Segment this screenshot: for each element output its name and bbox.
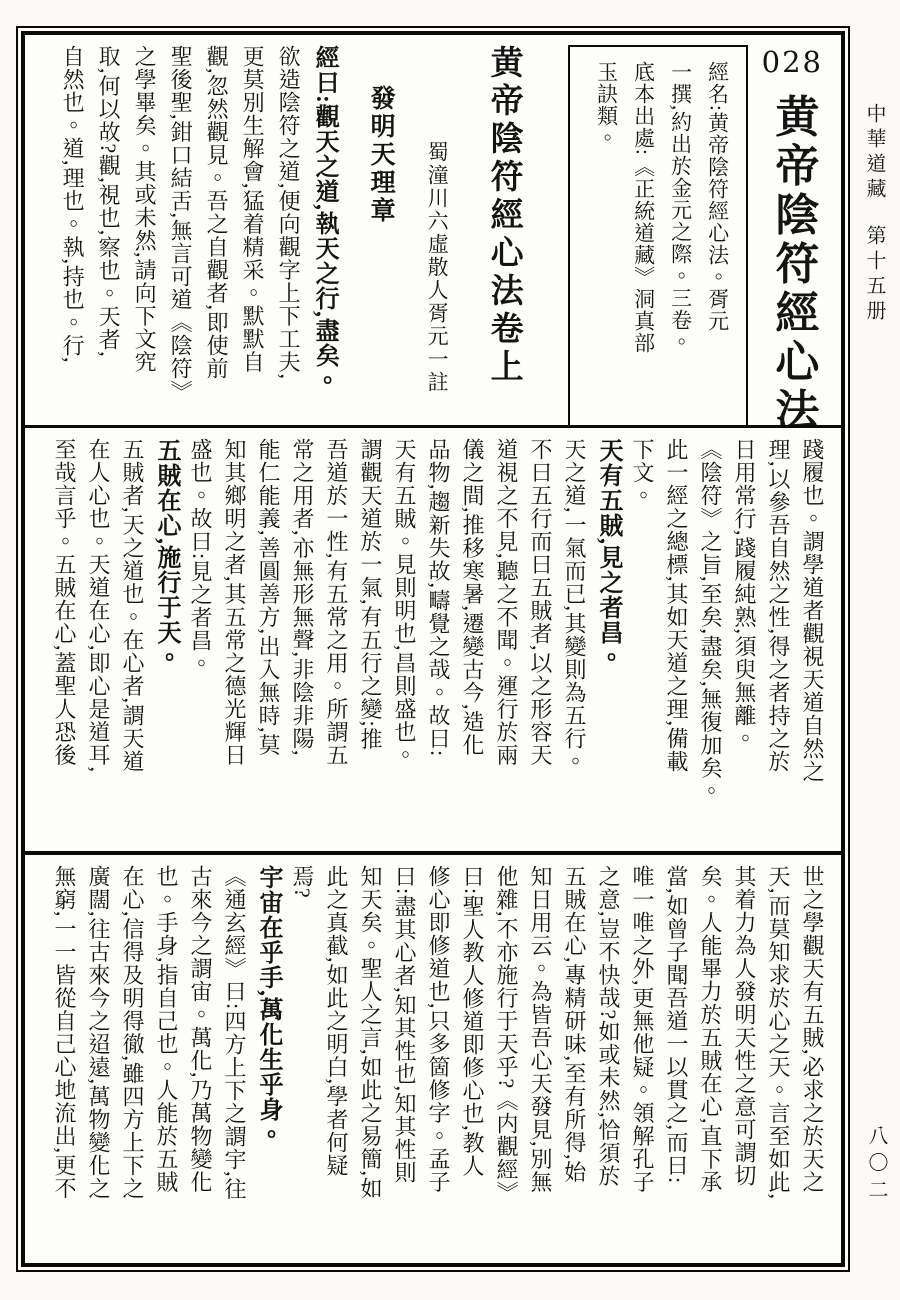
text-column: 知天矣。聖人之言,如此之易簡,如 <box>353 865 387 1253</box>
text-column: 天,而莫知求於心之天。言至如此, <box>761 865 795 1253</box>
colophon-column: 一撰,約出於金元之際。三卷。 <box>662 61 699 423</box>
text-column: 知日用云。為皆吾心天發見,別無 <box>523 865 557 1253</box>
text-column: 能仁能義,善圓善方,出入無時,莫 <box>251 438 285 841</box>
text-column: 欲造陰符之道,便向觀字上下工夫, <box>270 45 306 415</box>
scripture-column: 天有五賊,見之者昌。 <box>591 438 625 841</box>
text-column: 《陰符》之旨,至矣,盡矣,無復加矣。 <box>693 438 727 841</box>
text-column: 觀,忽然觀見。吾之自觀者,即使前 <box>198 45 234 415</box>
colophon-column: 經名:黄帝陰符經心法。胥元 <box>699 61 736 423</box>
text-column: 之學畢矣。其或未然,請向下文究 <box>126 45 162 415</box>
text-column: 此一經之總標,其如天道之理,備載 <box>659 438 693 841</box>
author-line: 蜀潼川六虛散人胥元一註 <box>422 45 452 415</box>
text-column: 更莫別生解會,猛着精采。默默自 <box>234 45 270 415</box>
text-column: 此之真截,如此之明白,學者何疑 <box>319 865 353 1253</box>
scripture-column: 宇宙在乎手,萬化生乎身。 <box>251 865 285 1253</box>
text-column: 常之用者,亦無形無聲,非陰非陽, <box>285 438 319 841</box>
main-title-column: 028黄帝陰符經心法 <box>762 45 823 415</box>
folio-page-number: 八〇二 <box>862 1125 891 1206</box>
text-column: 品物,趨新失故,疇覺之哉。故曰: <box>421 438 455 841</box>
text-column: 理,以參吾自然之性,得之者持之於 <box>761 438 795 841</box>
text-column: 儀之間,推移寒暑,遷變古今,造化 <box>455 438 489 841</box>
margin-volume-label: 中華道藏第十五册 <box>860 103 889 325</box>
text-column: 吾道於一性,有五常之用。所謂五 <box>319 438 353 841</box>
text-column: 五賊者,天之道也。在心者,謂天道 <box>115 438 149 841</box>
volume-number: 第十五册 <box>863 225 885 325</box>
scripture-column: 五賊在心,施行于天。 <box>149 438 183 841</box>
text-column: 聖後聖,鉗口結舌,無言可道《陰符》 <box>162 45 198 415</box>
text-column: 世之學觀天有五賊,必求之於天之 <box>795 865 829 1253</box>
colophon-column: 玉訣類。 <box>588 61 625 423</box>
book-title: 黄帝陰符經心法卷上 <box>478 45 528 415</box>
text-column: 踐履也。謂學道者觀視天道自然之 <box>795 438 829 841</box>
main-title: 黄帝陰符經心法 <box>768 93 817 425</box>
text-column: 在心,信得及明得徹,雖四方上下之 <box>115 865 149 1253</box>
text-column: 古來今之謂宙。萬化,乃萬物變化 <box>183 865 217 1253</box>
text-column: 無窮,一一皆從自己心地流出,更不 <box>47 865 81 1253</box>
text-column: 他雜,不亦施行于天乎?《内觀經》 <box>489 865 523 1253</box>
section-front-matter: 028黄帝陰符經心法 經名:黄帝陰符經心法。胥元 一撰,約出於金元之際。三卷。 … <box>25 35 841 425</box>
text-column: 取,何以故?觀,視也,察也。天者, <box>90 45 126 415</box>
serial-number: 028 <box>762 45 823 79</box>
text-column: 曰:聖人教人修道即修心也,教人 <box>455 865 489 1253</box>
text-column: 自然也。道,理也。執,持也。行, <box>54 45 90 415</box>
volume-title: 中華道藏 <box>863 103 885 203</box>
chapter-title: 發明天理章 <box>362 45 398 415</box>
text-column: 廣闊,往古來今之迢遠,萬物變化之 <box>81 865 115 1253</box>
text-column: 也。手身,指自己也。人能於五賊 <box>149 865 183 1253</box>
text-column: 下文。 <box>625 438 659 841</box>
text-column: 其着力為人發明天性之意可謂切 <box>727 865 761 1253</box>
text-column: 知其鄉明之者,其五常之德光輝日 <box>217 438 251 841</box>
text-column: 道視之不見,聽之不聞。運行於兩 <box>489 438 523 841</box>
text-column: 五賊在心,專精研味,至有所得,始 <box>557 865 591 1253</box>
text-column: 謂觀天道於一氣,有五行之變;推 <box>353 438 387 841</box>
section-middle: 踐履也。謂學道者觀視天道自然之 理,以參吾自然之性,得之者持之於 日用常行,踐履… <box>25 425 841 851</box>
text-column: 《通玄經》曰:四方上下之謂宇,往 <box>217 865 251 1253</box>
section-bottom: 世之學觀天有五賊,必求之於天之 天,而莫知求於心之天。言至如此, 其着力為人發明… <box>25 851 841 1263</box>
text-column: 唯一唯之外,更無他疑。領解孔子 <box>625 865 659 1253</box>
text-column: 日用常行,踐履純熟,須臾無離。 <box>727 438 761 841</box>
text-column: 不曰五行而曰五賊者,以之形容天 <box>523 438 557 841</box>
text-column: 天之道,一氣而已,其變則為五行。 <box>557 438 591 841</box>
text-column: 修心即修道也,只多箇修字。孟子 <box>421 865 455 1253</box>
text-column: 當,如曾子聞吾道一以貫之,而曰: <box>659 865 693 1253</box>
page-frame: 028黄帝陰符經心法 經名:黄帝陰符經心法。胥元 一撰,約出於金元之際。三卷。 … <box>16 26 850 1272</box>
text-column: 矣。人能畢力於五賊在心,直下承 <box>693 865 727 1253</box>
text-column: 經曰:觀天之道,執天之行,盡矣。 <box>306 45 342 415</box>
text-column: 盛也。故曰:見之者昌。 <box>183 438 217 841</box>
text-column: 至哉言乎。五賊在心,蓋聖人恐後 <box>47 438 81 841</box>
page-frame-inner: 028黄帝陰符經心法 經名:黄帝陰符經心法。胥元 一撰,約出於金元之際。三卷。 … <box>21 31 845 1267</box>
text-column: 天有五賊。見則明也,昌則盛也。 <box>387 438 421 841</box>
text-column: 之意,豈不快哉?如或未然,恰須於 <box>591 865 625 1253</box>
colophon-column: 底本出處:《正統道藏》洞真部 <box>625 61 662 423</box>
text-column: 焉? <box>285 865 319 1253</box>
text-column: 在人心也。天道在心,即心是道耳, <box>81 438 115 841</box>
text-column: 曰:盡其心者,知其性也,知其性則 <box>387 865 421 1253</box>
colophon-box: 經名:黄帝陰符經心法。胥元 一撰,約出於金元之際。三卷。 底本出處:《正統道藏》… <box>568 45 748 425</box>
